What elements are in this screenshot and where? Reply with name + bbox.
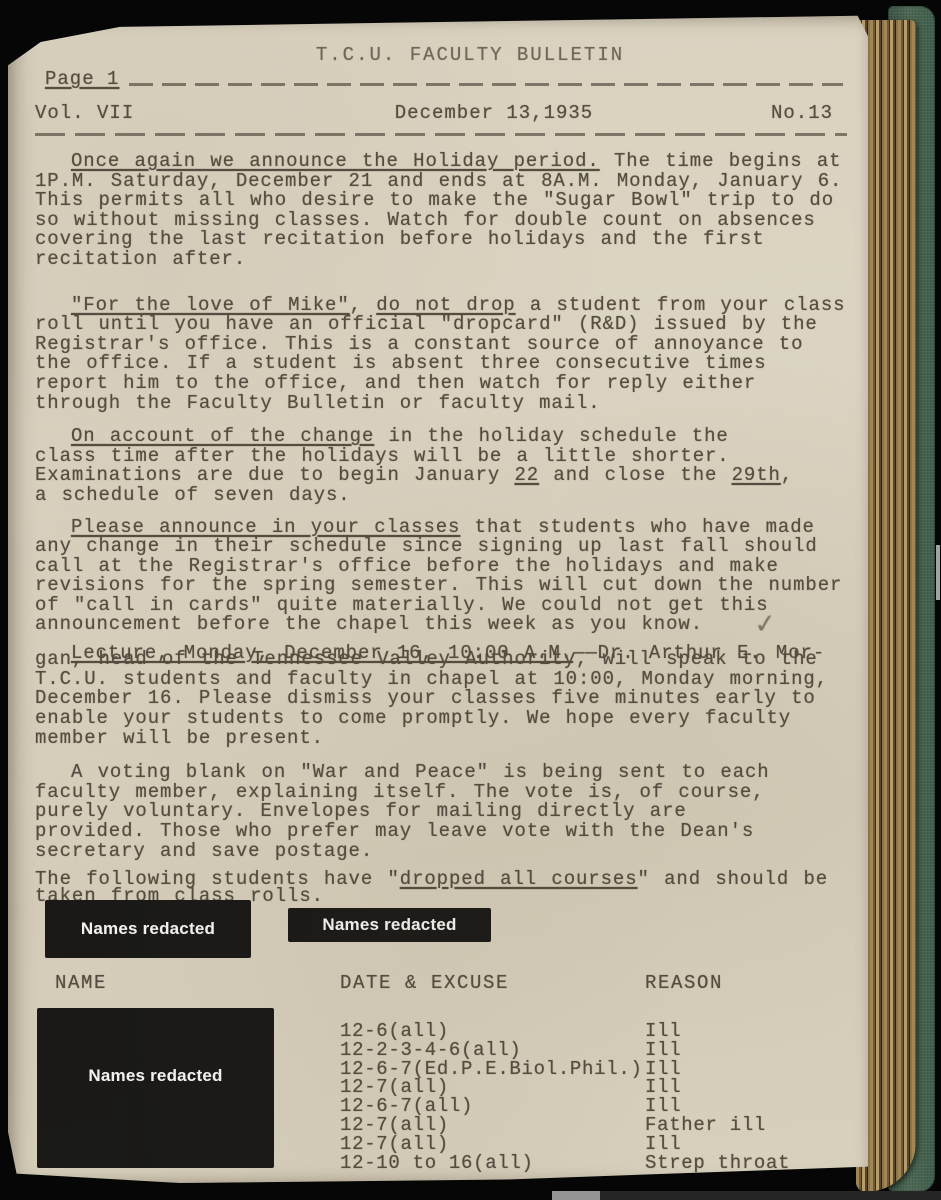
paper-page: T.C.U. FACULTY BULLETIN Page 1 Vol. VII … bbox=[8, 14, 868, 1183]
overstruck-line: gan, head of the Tennessee Valley Author… bbox=[35, 650, 847, 670]
table-row: 12-6-7(all)Ill bbox=[340, 1095, 840, 1114]
page-number-label: Page 1 bbox=[45, 68, 119, 90]
column-header-date-excuse: DATE & EXCUSE bbox=[340, 972, 509, 994]
table-row: 12-7(all)Ill bbox=[340, 1133, 840, 1152]
scan-edge-artifact bbox=[936, 545, 940, 600]
redaction-label: Names redacted bbox=[88, 1066, 222, 1086]
redaction-box: Names redacted bbox=[37, 1008, 274, 1168]
horizontal-scrollbar[interactable] bbox=[552, 1191, 941, 1200]
page-content: T.C.U. FACULTY BULLETIN Page 1 Vol. VII … bbox=[8, 14, 868, 1183]
table-row: 12-2-3-4-6(all)Ill bbox=[340, 1039, 840, 1058]
paragraph-drop-policy: "For the love of Mike", do not drop a st… bbox=[35, 296, 847, 414]
paragraph-lecture-morgan: Lecture, Monday, December 16, 10:00 A.M.… bbox=[35, 644, 847, 748]
typed-rule bbox=[35, 133, 847, 136]
table-row: 12-10 to 16(all)Strep throat bbox=[340, 1152, 840, 1171]
redaction-label: Names redacted bbox=[322, 915, 456, 935]
table-row: 12-6-7(Ed.P.E.Biol.Phil.)Ill bbox=[340, 1058, 840, 1077]
date-excuse-cell: 12-10 to 16(all) bbox=[340, 1152, 534, 1174]
page-number-line: Page 1 bbox=[35, 68, 847, 90]
text-segment: dropped all courses bbox=[400, 868, 638, 890]
paragraph-voting-blank: A voting blank on "War and Peace" is bei… bbox=[35, 763, 847, 861]
issue-date: December 13,1935 bbox=[265, 102, 723, 124]
typed-rule bbox=[129, 83, 843, 86]
scanned-bulletin-page: T.C.U. FACULTY BULLETIN Page 1 Vol. VII … bbox=[0, 0, 941, 1200]
scrollbar-thumb[interactable] bbox=[552, 1191, 600, 1200]
text-segment: 29th bbox=[732, 464, 781, 486]
column-header-reason: REASON bbox=[645, 972, 723, 994]
redaction-box: Names redacted bbox=[45, 900, 251, 958]
reason-cell: Strep throat bbox=[645, 1152, 790, 1174]
volume-line: Vol. VII December 13,1935 No.13 bbox=[35, 102, 847, 124]
redaction-box: Names redacted bbox=[288, 908, 491, 942]
column-header-name: NAME bbox=[55, 972, 107, 994]
text-segment: gan, head of the Tennessee Valley Author… bbox=[35, 648, 818, 670]
paragraph-holiday-period: Once again we announce the Holiday perio… bbox=[35, 152, 847, 270]
redaction-label: Names redacted bbox=[81, 919, 215, 939]
table-row: 12-6(all)Ill bbox=[340, 1020, 840, 1039]
text-segment: 22 bbox=[514, 464, 539, 486]
volume-label: Vol. VII bbox=[35, 102, 265, 124]
bulletin-title: T.C.U. FACULTY BULLETIN bbox=[93, 44, 847, 66]
text-segment: A voting blank on "War and Peace" is bei… bbox=[35, 761, 770, 861]
table-row: 12-7(all)Ill bbox=[340, 1076, 840, 1095]
text-segment: and close the bbox=[539, 464, 732, 486]
table-row: 12-7(all)Father ill bbox=[340, 1114, 840, 1133]
paragraph-registrar-announce: Please announce in your classes that stu… bbox=[35, 518, 847, 636]
absence-table: 12-6(all)Ill 12-2-3-4-6(all)Ill 12-6-7(E… bbox=[340, 1020, 840, 1170]
text-segment: T.C.U. students and faculty in chapel at… bbox=[35, 670, 847, 748]
issue-number: No.13 bbox=[723, 102, 847, 124]
pencil-check-mark: ✓ bbox=[754, 605, 776, 644]
paragraph-exam-schedule: On account of the change in the holiday … bbox=[35, 427, 847, 505]
